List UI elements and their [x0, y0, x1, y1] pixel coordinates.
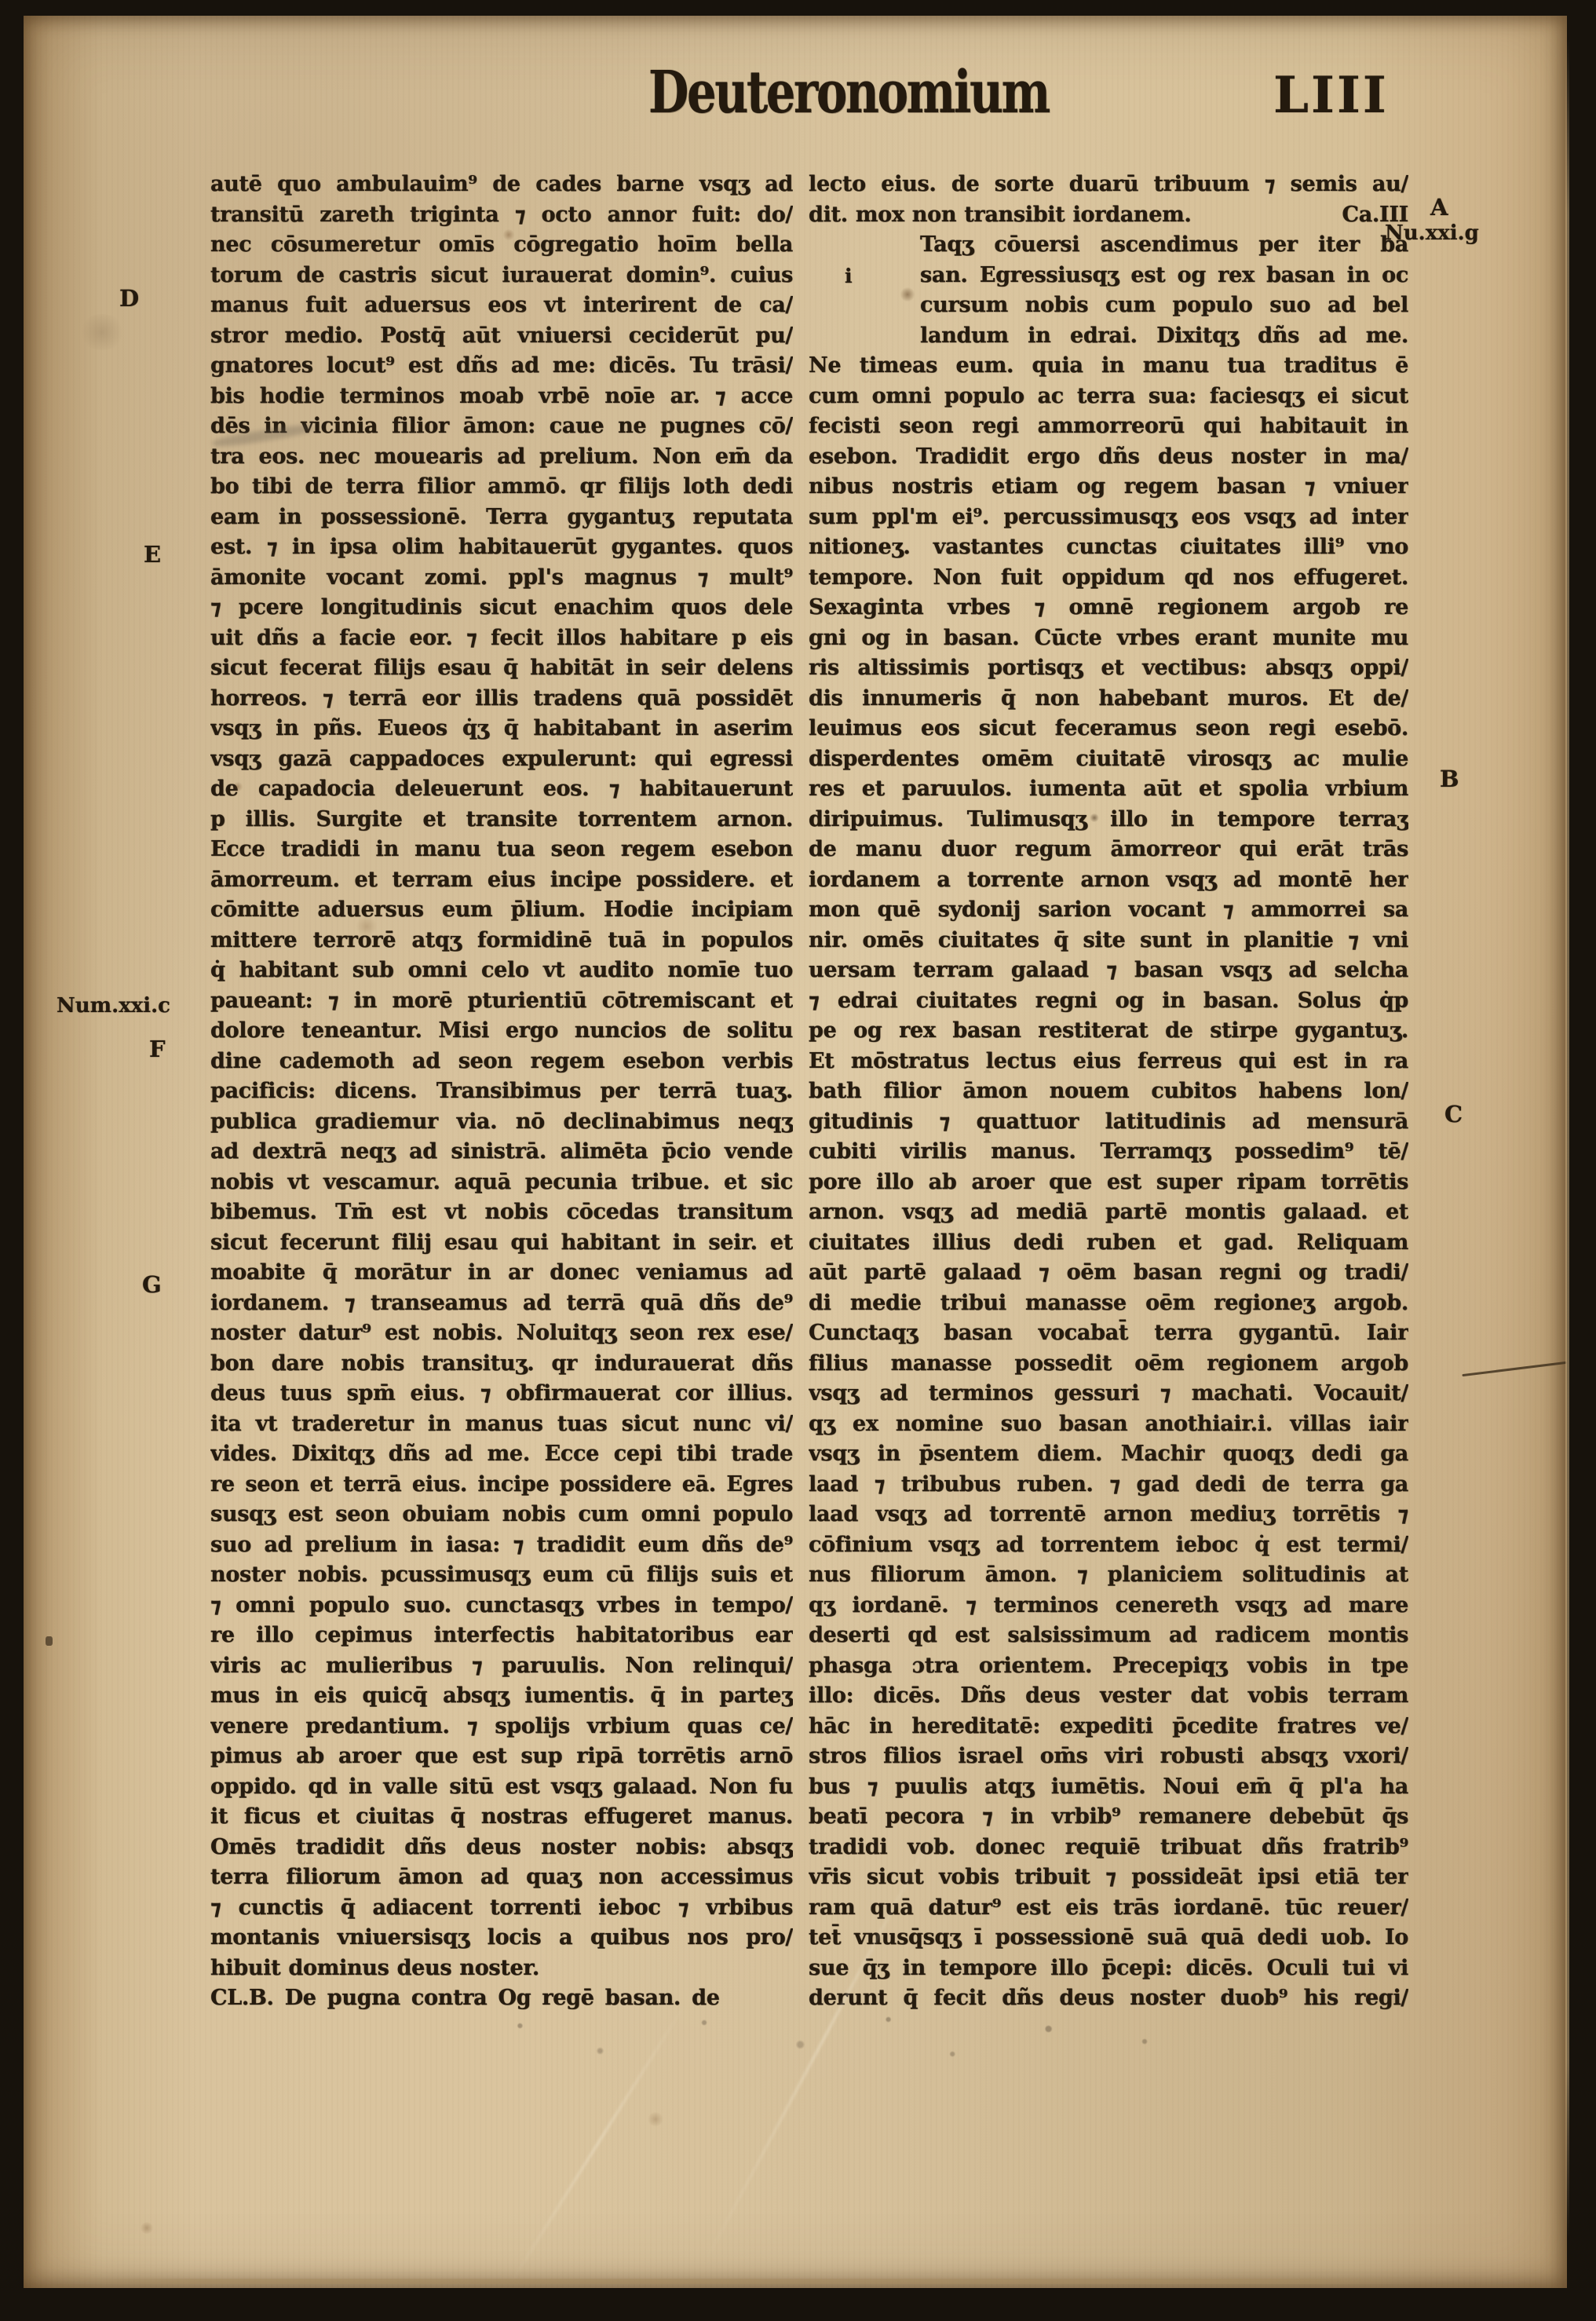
text-line: noster datur⁹ est nobis. Noluitqʒ seon r…: [210, 1318, 793, 1349]
text-line: deus tuus spm̄ eius. ⁊ obfirmauerat cor …: [210, 1379, 793, 1409]
text-line: oppido. qd in valle sitū est vsqʒ galaad…: [210, 1772, 793, 1803]
text-line: nus filiorum āmon. ⁊ planiciem solitudin…: [809, 1560, 1408, 1591]
text-line: Et mōstratus lectus eius ferreus qui est…: [809, 1047, 1408, 1077]
text-line: horreos. ⁊ terrā eor illis tradens quā p…: [210, 684, 793, 715]
text-line: cōmitte aduersus eum p̄lium. Hodie incip…: [210, 895, 793, 926]
text-line: stror medio. Postq̄ aūt vniuersi cecider…: [210, 321, 793, 352]
text-line: pore illo ab aroer que est super ripam t…: [809, 1168, 1408, 1198]
text-line: it ficus et ciuitas q̄ nostras effugeret…: [210, 1802, 793, 1833]
text-line: torum de castris sicut iurauerat domin⁹.…: [210, 261, 793, 291]
text-line: hibuit dominus deus noster.: [210, 1954, 793, 1984]
text-line: vr̄is sicut vobis tribuit ⁊ possideāt ip…: [809, 1862, 1408, 1893]
text-line: noster nobis. pcussimusqʒ eum cū filijs …: [210, 1560, 793, 1591]
text-line: ita vt traderetur in manus tuas sicut nu…: [210, 1409, 793, 1440]
text-line: vides. Dixitqʒ dñs ad me. Ecce cepi tibi…: [210, 1439, 793, 1470]
text-line: Ne timeas eum. quia in manu tua traditus…: [809, 351, 1408, 382]
margin-reference: Nu.xxi.g: [1385, 223, 1479, 243]
text-line: publica gradiemur via. nō declinabimus n…: [210, 1107, 793, 1138]
text-line: deserti qd est salsissimum ad radicem mo…: [809, 1621, 1408, 1651]
text-line: landum in edrai. Dixitqʒ dñs ad me.: [809, 321, 1408, 352]
margin-section-letter: C: [1444, 1103, 1463, 1126]
text-line: pe og rex basan restiterat de stirpe gyg…: [809, 1016, 1408, 1047]
text-line: illo: dicēs. Dñs deus vester dat vobis t…: [809, 1681, 1408, 1712]
margin-reference: Num.xxi.c: [57, 996, 170, 1016]
text-line: eam in possessionē. Terra gygantuʒ reput…: [210, 503, 793, 533]
text-line: Taqʒ cōuersi ascendimus per iter ba: [809, 230, 1408, 261]
text-line: fecisti seon regi ammorreorū qui habitau…: [809, 411, 1408, 442]
text-line: vsqʒ ad terminos gessuri ⁊ machati. Voca…: [809, 1379, 1408, 1409]
text-line: sicut fecerunt filij esau qui habitant i…: [210, 1228, 793, 1259]
text-line: āmonite vocant zomi. ppl's magnus ⁊ mult…: [210, 563, 793, 594]
text-line: aūt partē galaad ⁊ oēm basan regni og tr…: [809, 1258, 1408, 1288]
text-line: ⁊ edrai ciuitates regni og in basan. Sol…: [809, 986, 1408, 1017]
text-line: tra eos. nec mouearis ad prelium. Non em…: [210, 442, 793, 473]
text-line: iordanem. ⁊ transeamus ad terrā quā dñs …: [210, 1288, 793, 1319]
text-line: p illis. Surgite et transite torrentem a…: [210, 805, 793, 835]
text-line: derunt q̄ fecit dñs deus noster duob⁹ hi…: [809, 1983, 1408, 2014]
text-line: uersam terram galaad ⁊ basan vsqʒ ad sel…: [809, 956, 1408, 986]
text-line: vsqʒ gazā cappadoces expulerunt: qui egr…: [210, 744, 793, 775]
text-line: cōfinium vsqʒ ad torrentem ieboc q̇ est …: [809, 1530, 1408, 1561]
text-line: susqʒ est seon obuiam nobis cum omni pop…: [210, 1500, 793, 1530]
text-line: mittere terrorē atqʒ formidinē tuā in po…: [210, 926, 793, 956]
text-line: bis hodie terminos moab vrbē noīe ar. ⁊ …: [210, 382, 793, 412]
text-line: autē quo ambulauim⁹ de cades barne vsqʒ …: [210, 170, 793, 200]
text-line: vsqʒ in pñs. Eueos q̇ʒ q̄ habitabant in …: [210, 714, 793, 744]
text-line: beatī pecora ⁊ in vrbib⁹ remanere debebū…: [809, 1802, 1408, 1833]
text-line: hāc in hereditatē: expediti p̄cedite fra…: [809, 1712, 1408, 1742]
text-line: leuimus eos sicut feceramus seon regi es…: [809, 714, 1408, 744]
text-line: q̇ habitant sub omni celo vt audito nomī…: [210, 956, 793, 986]
text-line: manus fuit aduersus eos vt interirent de…: [210, 291, 793, 321]
text-line: Omēs tradidit dñs deus noster nobis: abs…: [210, 1833, 793, 1863]
initial-guide-letter: i: [845, 261, 852, 291]
text-line: di medie tribui manasse oēm regioneʒ arg…: [809, 1288, 1408, 1319]
text-line: vsqʒ in p̄sentem diem. Machir quoqʒ dedi…: [809, 1439, 1408, 1470]
photo-backdrop: Deuteronomium LIII autē quo ambulauim⁹ d…: [0, 0, 1596, 2321]
text-line: ⁊ omni populo suo. cunctasqʒ vrbes in te…: [210, 1591, 793, 1621]
text-line: ⁊ pcere longitudinis sicut enachim quos …: [210, 593, 793, 623]
text-line: moabite q̄ morātur in ar donec veniamus …: [210, 1258, 793, 1288]
text-line: ram quā datur⁹ est eis trās iordanē. tūc…: [809, 1893, 1408, 1924]
text-line: tempore. Non fuit oppidum qd nos effuger…: [809, 563, 1408, 594]
text-line: phasga ɔtra orientem. Precepiqʒ vobis in…: [809, 1651, 1408, 1682]
text-line-with-chapter-label: dit. mox non transibit iordanem.Ca.III: [809, 200, 1408, 231]
text-line: mon quē sydonij sarion vocant ⁊ ammorrei…: [809, 895, 1408, 926]
text-line: laad vsqʒ ad torrentē arnon mediuʒ torrē…: [809, 1500, 1408, 1530]
text-line: esebon. Tradidit ergo dñs deus noster in…: [809, 442, 1408, 473]
text-line: nibus nostris etiam og regem basan ⁊ vni…: [809, 472, 1408, 503]
page-title: Deuteronomium: [648, 61, 1049, 125]
text-line: re seon et terrā eius. incipe possidere …: [210, 1470, 793, 1500]
text-line: ⁊ cunctis q̄ adiacent torrenti ieboc ⁊ v…: [210, 1893, 793, 1924]
text-line: paueant: ⁊ in morē pturientiū cōtremisca…: [210, 986, 793, 1017]
margin-section-letter: G: [142, 1274, 162, 1296]
text-line: diripuimus. Tulimusqʒ illo in tempore te…: [809, 805, 1408, 835]
text-line: dolore teneantur. Misi ergo nuncios de s…: [210, 1016, 793, 1047]
text-line: cursum nobis cum populo suo ad bel: [809, 291, 1408, 321]
text-line: sum ppl'm ei⁹. percussimusqʒ eos vsqʒ ad…: [809, 503, 1408, 533]
text-line: isan. Egressiusqʒ est og rex basan in oc: [809, 261, 1408, 291]
text-line: āmorreum. et terram eius incipe possider…: [210, 865, 793, 896]
text-line: dine cademoth ad seon regem esebon verbi…: [210, 1047, 793, 1077]
text-line: laad ⁊ tribubus ruben. ⁊ gad dedi de ter…: [809, 1470, 1408, 1500]
folio-number: LIII: [1273, 66, 1389, 125]
text-line: gni og in basan. Cūcte vrbes erant munit…: [809, 623, 1408, 654]
text-line: sicut fecerat filijs esau q̄ habitāt in …: [210, 653, 793, 684]
text-line: terra filiorum āmon ad quaʒ non accessim…: [210, 1862, 793, 1893]
margin-section-letter: D: [119, 287, 139, 310]
text-line: lecto eius. de sorte duarū tribuum ⁊ sem…: [809, 170, 1408, 200]
text-line: ris altissimis portisqʒ et vectibus: abs…: [809, 653, 1408, 684]
text-line: suo ad prelium in iasa: ⁊ tradidit eum d…: [210, 1530, 793, 1561]
text-line: viris ac mulieribus ⁊ paruulis. Non reli…: [210, 1651, 793, 1682]
text-line: tradidi vob. donec requiē tribuat dñs fr…: [809, 1833, 1408, 1863]
text-line: nec cōsumeretur omīs cōgregatio hoīm bel…: [210, 230, 793, 261]
text-line: gnatores locut⁹ est dñs ad me: dicēs. Tu…: [210, 351, 793, 382]
text-line: nobis vt vescamur. aquā pecunia tribue. …: [210, 1168, 793, 1198]
text-line: bus ⁊ puulis atqʒ iumētis. Noui em̄ q̄ p…: [809, 1772, 1408, 1803]
text-line: tet̄ vnusq̄sqʒ ī possessionē suā quā ded…: [809, 1923, 1408, 1954]
text-line: sue q̄ʒ in tempore illo p̄cepi: dicēs. O…: [809, 1954, 1408, 1984]
text-line: uit dñs a facie eor. ⁊ fecit illos habit…: [210, 623, 793, 654]
text-line: pimus ab aroer que est sup ripā torrētis…: [210, 1742, 793, 1772]
text-line: pacificis: dicens. Transibimus per terrā…: [210, 1076, 793, 1107]
text-line: res et paruulos. iumenta aūt et spolia v…: [809, 774, 1408, 805]
text-line: Cunctaqʒ basan vocabat̄ terra gygantū. I…: [809, 1318, 1408, 1349]
text-line: bath filior āmon nouem cubitos habens lo…: [809, 1076, 1408, 1107]
text-line: qʒ iordanē. ⁊ terminos cenereth vsqʒ ad …: [809, 1591, 1408, 1621]
text-line: nitioneʒ. vastantes cunctas ciuitates il…: [809, 532, 1408, 563]
text-line: iordanem a torrente arnon vsqʒ ad montē …: [809, 865, 1408, 896]
text-line: transitū zareth triginta ⁊ octo annor fu…: [210, 200, 793, 231]
text-line: ad dextrā neqʒ ad sinistrā. alimēta p̄ci…: [210, 1137, 793, 1168]
text-line: disperdentes omēm ciuitatē virosqʒ ac mu…: [809, 744, 1408, 775]
text-line: re illo cepimus interfectis habitatoribu…: [210, 1621, 793, 1651]
text-line: cum omni populo ac terra sua: faciesqʒ e…: [809, 382, 1408, 412]
text-fragment: dit. mox non transibit iordanem.: [809, 200, 1191, 231]
text-line: nir. omēs ciuitates q̄ site sunt in plan…: [809, 926, 1408, 956]
text-column-right: lecto eius. de sorte duarū tribuum ⁊ sem…: [809, 170, 1408, 2014]
margin-section-letter: E: [144, 543, 161, 566]
text-line: stros filios israel om̄s viri robusti ab…: [809, 1742, 1408, 1772]
text-line: bon dare nobis transituʒ. qr indurauerat…: [210, 1349, 793, 1380]
text-line: bo tibi de terra filior ammō. qr filijs …: [210, 472, 793, 503]
chapter-summary-rubric: CL.B. De pugna contra Og regē basan. de: [210, 1983, 793, 2014]
text-line: bibemus. Tm̄ est vt nobis cōcedas transi…: [210, 1197, 793, 1228]
text-line: est. ⁊ in ipsa olim habitauerūt gygantes…: [210, 532, 793, 563]
text-line: dēs in vicinia filior āmon: caue ne pugn…: [210, 411, 793, 442]
text-line: filius manasse possedit oēm regionem arg…: [809, 1349, 1408, 1380]
text-line: dis innumeris q̄ non habebant muros. Et …: [809, 684, 1408, 715]
text-line: de manu duor regum āmorreor qui erāt trā…: [809, 835, 1408, 865]
text-line: montanis vniuersisqʒ locis a quibus nos …: [210, 1923, 793, 1954]
text-line: cubiti virilis manus. Terramqʒ possedim⁹…: [809, 1137, 1408, 1168]
text-line: gitudinis ⁊ quattuor latitudinis ad mens…: [809, 1107, 1408, 1138]
text-line: mus in eis quicq̄ absqʒ iumentis. q̄ in …: [210, 1681, 793, 1712]
text-line: arnon. vsqʒ ad mediā partē montis galaad…: [809, 1197, 1408, 1228]
text-line: Sexaginta vrbes ⁊ omnē regionem argob re: [809, 593, 1408, 623]
text-column-left: autē quo ambulauim⁹ de cades barne vsqʒ …: [210, 170, 793, 2014]
text-line: de capadocia deleuerunt eos. ⁊ habitauer…: [210, 774, 793, 805]
margin-section-letter: A: [1430, 196, 1448, 219]
text-line: qʒ ex nomine suo basan anothiair.i. vill…: [809, 1409, 1408, 1440]
margin-section-letter: B: [1440, 768, 1459, 791]
text-line: Ecce tradidi in manu tua seon regem eseb…: [210, 835, 793, 865]
text-line: venere predantium. ⁊ spolijs vrbium quas…: [210, 1712, 793, 1742]
text-line: ciuitates illius dedi ruben et gad. Reli…: [809, 1228, 1408, 1259]
margin-section-letter: F: [149, 1038, 166, 1061]
